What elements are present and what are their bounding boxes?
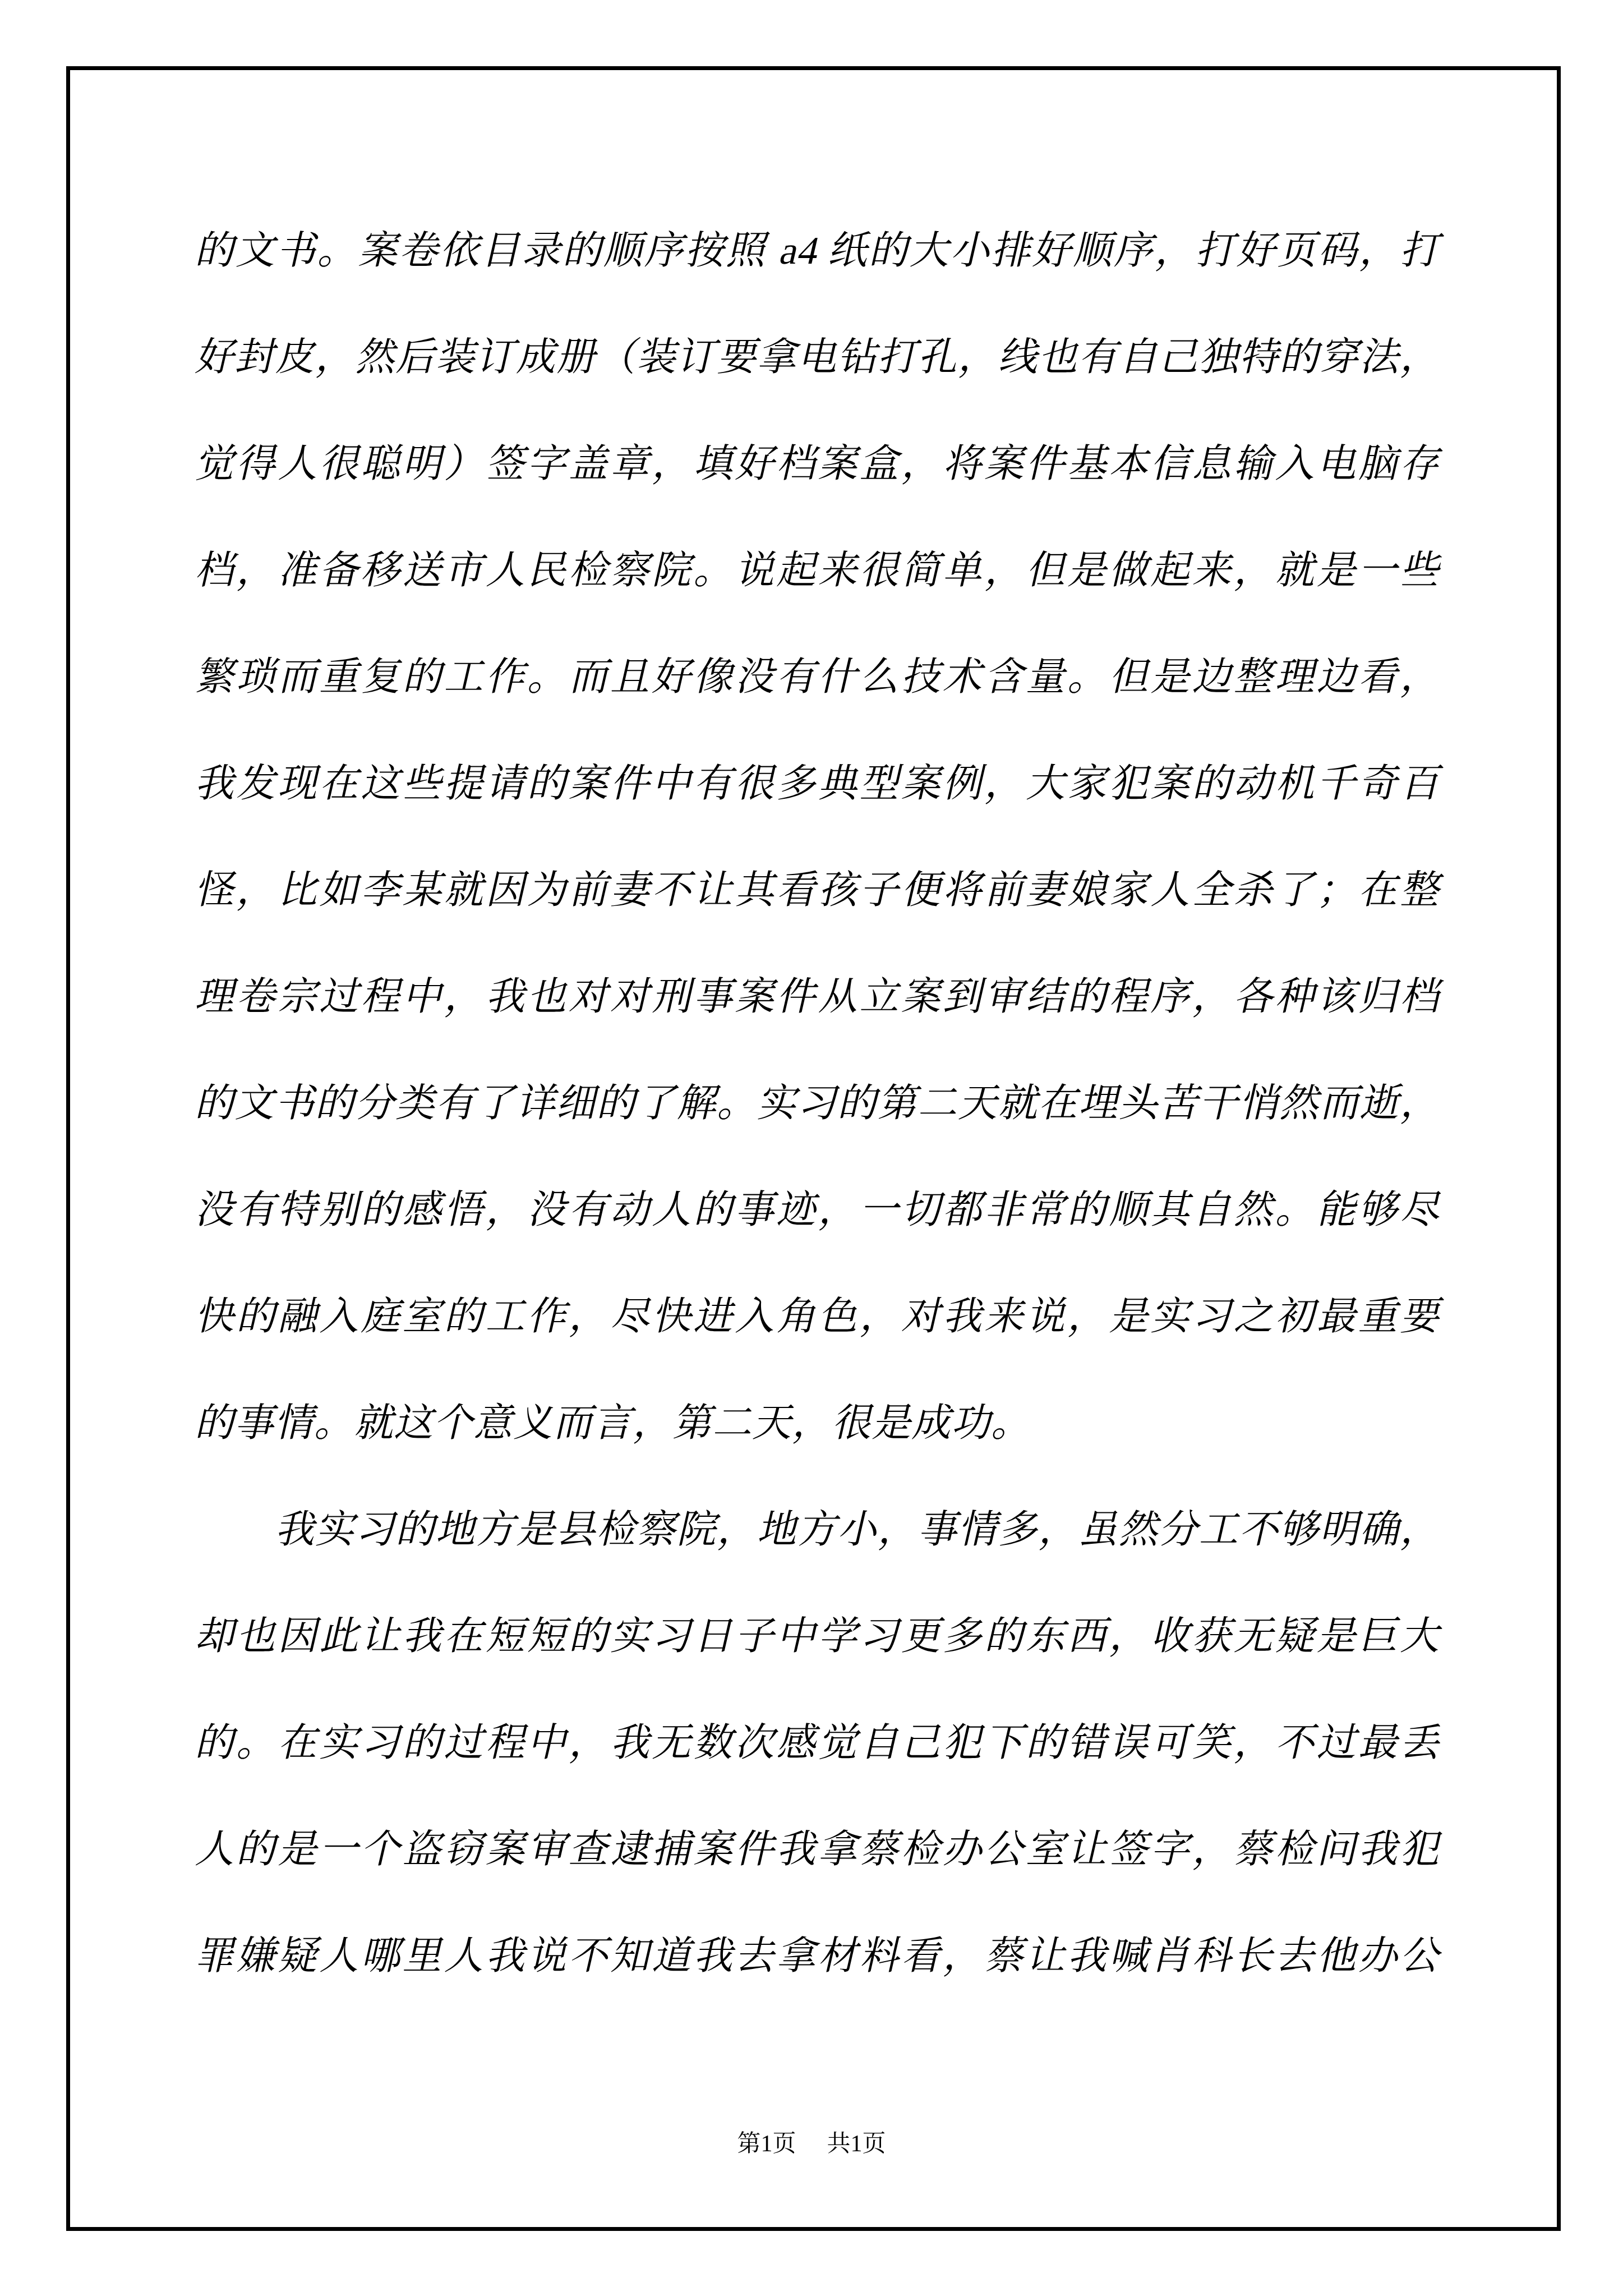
text-line: 的文书的分类有了详细的了解。实习的第二天就在埋头苦干悄然而逝， [185,1051,1455,1157]
text-line: 繁琐而重复的工作。而且好像没有什么技术含量。但是边整理边看， [185,624,1455,731]
text-line: 的文书。案卷依目录的顺序按照 a4 纸的大小排好顺序，打好页码，打 [185,198,1455,305]
text-line: 档，准备移送市人民检察院。说起来很简单，但是做起来，就是一些 [185,518,1455,624]
document-page: 的文书。案卷依目录的顺序按照 a4 纸的大小排好顺序，打好页码，打好封皮，然后装… [0,0,1623,2296]
page-total-label: 共1页 [827,2131,886,2157]
page-number-label: 第1页 [737,2131,796,2157]
text-line: 没有特别的感悟，没有动人的事迹，一切都非常的顺其自然。能够尽 [185,1157,1455,1264]
paragraph: 的文书。案卷依目录的顺序按照 a4 纸的大小排好顺序，打好页码，打好封皮，然后装… [197,198,1442,1477]
text-line: 好封皮，然后装订成册（装订要拿电钻打孔，线也有自己独特的穿法， [185,305,1455,411]
text-line: 我实习的地方是县检察院，地方小，事情多，虽然分工不够明确， [185,1477,1455,1584]
text-line: 的事情。就这个意义而言，第二天，很是成功。 [185,1370,1455,1477]
text-line: 人的是一个盗窃案审查逮捕案件我拿蔡检办公室让签字，蔡检问我犯 [185,1797,1455,1903]
body-text: 的文书。案卷依目录的顺序按照 a4 纸的大小排好顺序，打好页码，打好封皮，然后装… [197,198,1442,2010]
text-line: 觉得人很聪明）签字盖章，填好档案盒，将案件基本信息输入电脑存 [185,411,1455,518]
page-footer: 第1页 共1页 [0,2131,1623,2157]
text-line: 理卷宗过程中，我也对对刑事案件从立案到审结的程序，各种该归档 [185,944,1455,1051]
text-line: 快的融入庭室的工作，尽快进入角色，对我来说，是实习之初最重要 [185,1264,1455,1370]
paragraph: 我实习的地方是县检察院，地方小，事情多，虽然分工不够明确，却也因此让我在短短的实… [197,1477,1442,2010]
text-line: 的。在实习的过程中，我无数次感觉自己犯下的错误可笑，不过最丢 [185,1690,1455,1797]
text-line: 怪，比如李某就因为前妻不让其看孩子便将前妻娘家人全杀了；在整 [185,838,1455,944]
text-line: 却也因此让我在短短的实习日子中学习更多的东西，收获无疑是巨大 [185,1584,1455,1690]
text-line: 罪嫌疑人哪里人我说不知道我去拿材料看，蔡让我喊肖科长去他办公 [185,1903,1455,2010]
text-line: 我发现在这些提请的案件中有很多典型案例，大家犯案的动机千奇百 [185,731,1455,838]
